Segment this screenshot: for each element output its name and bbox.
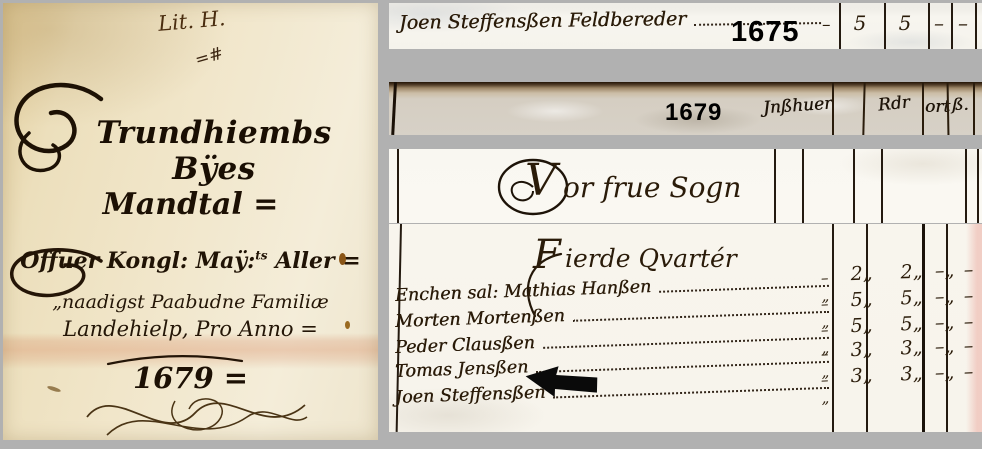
column-header: Jnßhuer [762, 94, 832, 119]
column-line [922, 82, 924, 135]
title-page-1679: Lit. H. =# Trundhiembs Bÿes Mandtal = Of… [3, 3, 378, 440]
amount-cell: 5„ [890, 312, 933, 335]
amount-cell: 3„ [890, 362, 933, 385]
page-title: Trundhiembs Bÿes [53, 115, 375, 187]
amount-cell: 5 [886, 11, 924, 35]
ledger-strip-1679-header: 1679 Jnßhuer Rdr ort ß. [389, 82, 982, 135]
amount-cell: 3„ [842, 364, 881, 387]
year-label-1675: 1675 [731, 16, 800, 49]
column-line [832, 82, 834, 135]
year-label-1679: 1679 [665, 99, 722, 127]
ledger-strip-1675: Joen Steffensßen Feldbereder – 1675 5 5 … [389, 3, 982, 49]
title-line-landehielp: Landehielp, Pro Anno = [3, 317, 378, 341]
amount-cell: – [929, 11, 949, 35]
column-line [881, 149, 883, 223]
title-line-mandtal: Mandtal = [3, 187, 378, 222]
column-line [802, 149, 804, 223]
title-line-offuer: Offuer Kongl: Maÿ:ts Aller = [3, 248, 378, 274]
amount-cell: – [956, 311, 981, 334]
dotted-leader [659, 285, 829, 293]
amount-cell: – [956, 259, 981, 282]
amount-cell: 5„ [842, 314, 881, 337]
offuer-superscript: ts [255, 249, 267, 263]
parish-heading-initial: V [525, 155, 557, 206]
column-line [947, 82, 950, 135]
column-line [832, 224, 834, 432]
quarter-ledger-strip: F ierde Qvartér Enchen sal: Mathias Hanß… [389, 224, 982, 432]
column-line [862, 82, 865, 135]
title-line-naadigst: „naadigst Paabudne Familiæ [3, 291, 378, 313]
quarter-heading: ierde Qvartér [565, 244, 737, 273]
amount-cell: 3„ [842, 338, 881, 361]
parish-heading: or frue Sogn [563, 171, 741, 204]
amount-cell: – [956, 285, 981, 308]
ledger-entry-name: Joen Steffensßen Feldbereder [399, 8, 687, 34]
amount-cell: –„ [932, 335, 957, 358]
amount-cell: –„ [932, 285, 957, 308]
amount-cell: – [953, 11, 973, 35]
amount-cell: –„ [932, 311, 957, 334]
amount-cell: 5 [841, 11, 879, 35]
ledger-entry-name: Tomas Jensßen [395, 357, 529, 382]
parish-heading-strip: V or frue Sogn [389, 149, 982, 223]
amount-cell: – [956, 335, 981, 358]
page-crease [391, 82, 397, 135]
amount-cell: – [956, 361, 981, 384]
offuer-end: Aller = [268, 248, 361, 274]
document-collage: Lit. H. =# Trundhiembs Bÿes Mandtal = Of… [0, 0, 982, 449]
column-line [965, 149, 967, 223]
row-tick: – [822, 15, 831, 35]
ink-flourish-icon [79, 389, 313, 441]
row-tick: –„ [818, 371, 831, 407]
column-line [853, 149, 855, 223]
amount-cell: 5„ [890, 286, 933, 309]
column-line [975, 3, 977, 49]
column-line [774, 149, 776, 223]
amount-cell: –„ [932, 259, 957, 282]
margin-line [397, 149, 399, 223]
ink-spot [339, 253, 346, 265]
amount-cell: 2„ [890, 260, 933, 283]
column-line [977, 149, 979, 223]
column-header: ß. [952, 95, 969, 115]
column-header: Rdr [877, 92, 911, 115]
hash-mark: =# [193, 43, 226, 70]
column-line [973, 82, 975, 135]
amount-cell: –„ [932, 361, 957, 384]
offuer-main: Offuer Kongl: Maÿ: [20, 248, 255, 274]
amount-cell: 2„ [842, 262, 881, 285]
amount-cell: 3„ [890, 336, 933, 359]
ink-spot [345, 321, 350, 329]
lit-mark: Lit. H. [157, 6, 226, 36]
quarter-heading-initial: F [533, 232, 561, 278]
amount-cell: 5„ [842, 288, 881, 311]
